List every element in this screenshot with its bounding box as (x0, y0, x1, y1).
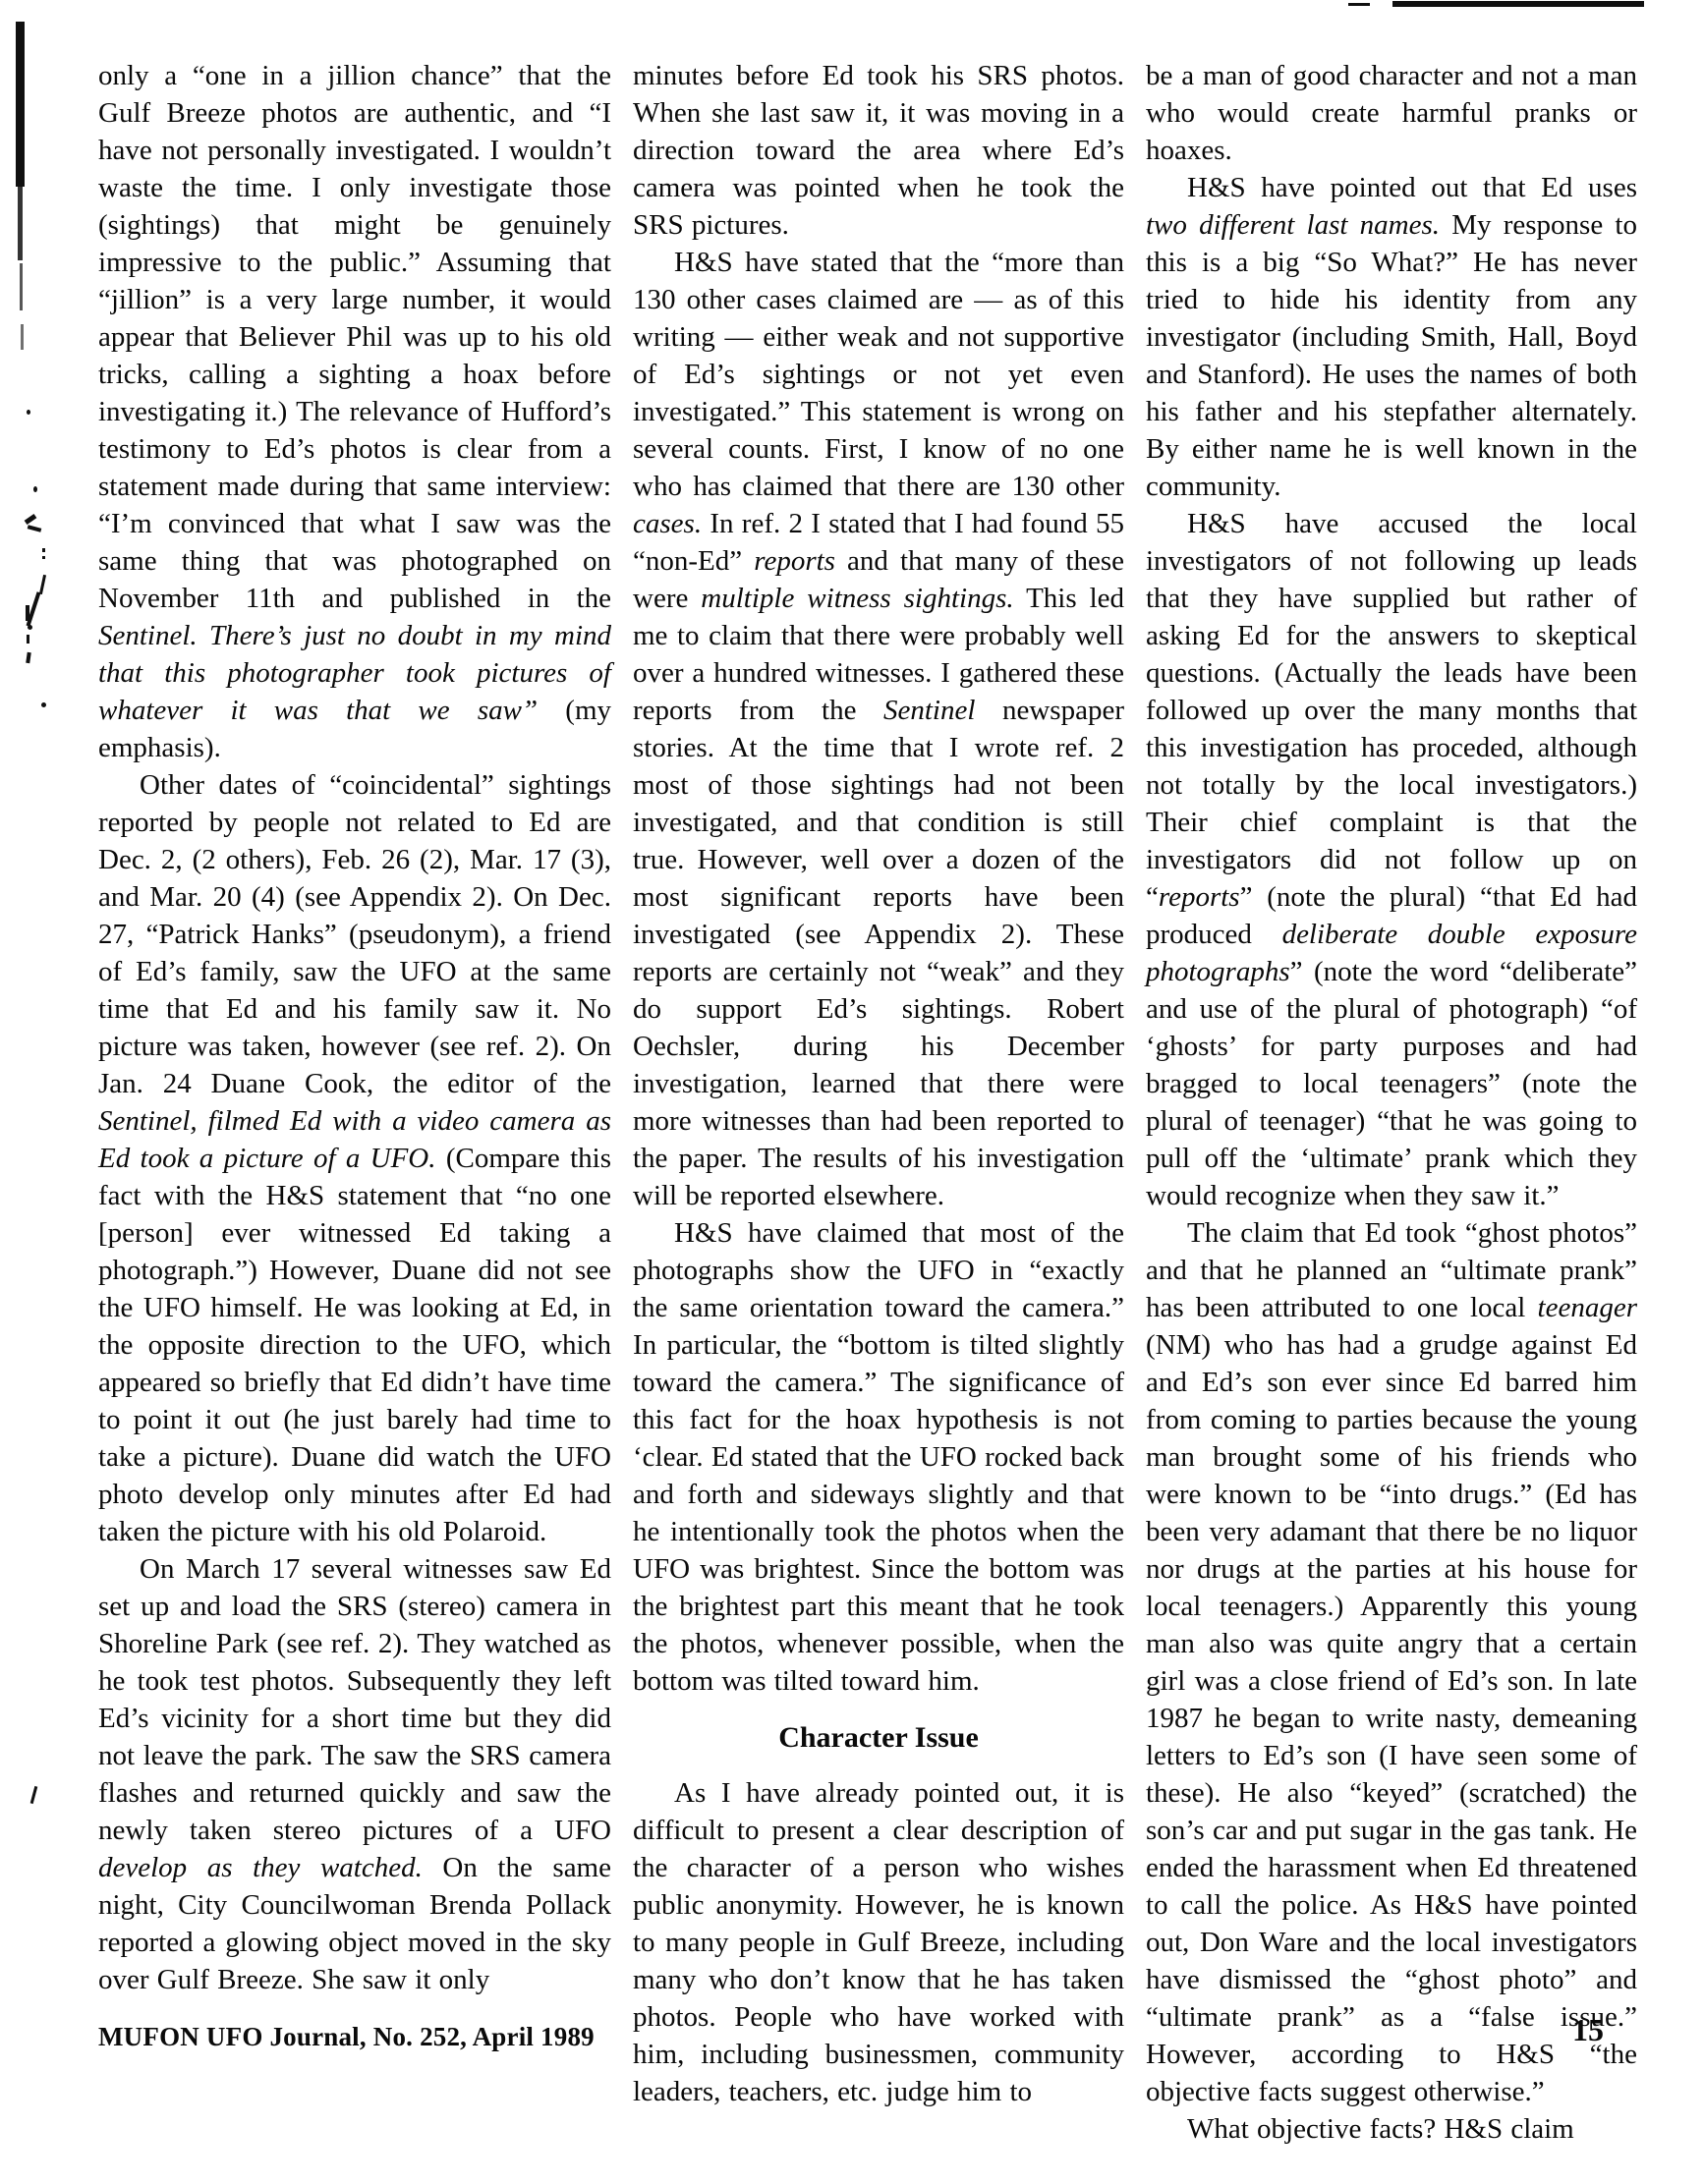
scan-artifact (39, 575, 46, 594)
text-column-right: be a man of good character and not a man… (1146, 57, 1637, 2148)
journal-footer: MUFON UFO Journal, No. 252, April 1989 (98, 2022, 595, 2052)
paragraph: H&S have claimed that most of the photog… (633, 1214, 1124, 1700)
scan-artifact (26, 652, 30, 663)
scan-artifact (42, 556, 45, 559)
scan-artifact (33, 486, 37, 492)
paragraph: minutes before Ed took his SRS photos. W… (633, 57, 1124, 244)
paragraph: H&S have pointed out that Ed uses two di… (1146, 169, 1637, 505)
paragraph: The claim that Ed took “ghost photos” an… (1146, 1214, 1637, 2110)
scan-artifact (26, 605, 29, 621)
paragraph: only a “one in a jillion chance” that th… (98, 57, 611, 766)
scan-artifact (25, 514, 37, 525)
article-body: only a “one in a jillion chance” that th… (98, 57, 1637, 2148)
text-column-middle: minutes before Ed took his SRS photos. W… (633, 57, 1124, 2148)
scan-artifact (27, 635, 29, 644)
paragraph: On March 17 several witnesses saw Ed set… (98, 1550, 611, 1998)
scan-artifact (28, 625, 32, 630)
scan-artifact (41, 702, 46, 707)
paragraph: H&S have stated that the “more than 130 … (633, 244, 1124, 1214)
paragraph: be a man of good character and not a man… (1146, 57, 1637, 169)
scan-artifact (27, 410, 30, 415)
scan-artifact (28, 525, 42, 532)
top-rule-dash-artifact (1348, 3, 1370, 6)
scan-artifact (18, 187, 23, 260)
paragraph: Other dates of “coincidental” sightings … (98, 766, 611, 1550)
top-rule-artifact (1392, 1, 1644, 7)
paragraph: As I have already pointed out, it is dif… (633, 1774, 1124, 2110)
paragraph: What objective facts? H&S claim (1146, 2110, 1637, 2148)
page-number: 15 (1572, 2012, 1604, 2048)
scan-artifact (42, 548, 45, 552)
scan-artifact (30, 1786, 38, 1804)
scan-artifact (20, 263, 23, 310)
scan-artifact (21, 324, 24, 350)
paragraph: H&S have accused the local investigators… (1146, 505, 1637, 1214)
left-margin-line-artifact (16, 22, 25, 187)
text-column-left: only a “one in a jillion chance” that th… (98, 57, 611, 2148)
section-heading: Character Issue (633, 1721, 1124, 1755)
